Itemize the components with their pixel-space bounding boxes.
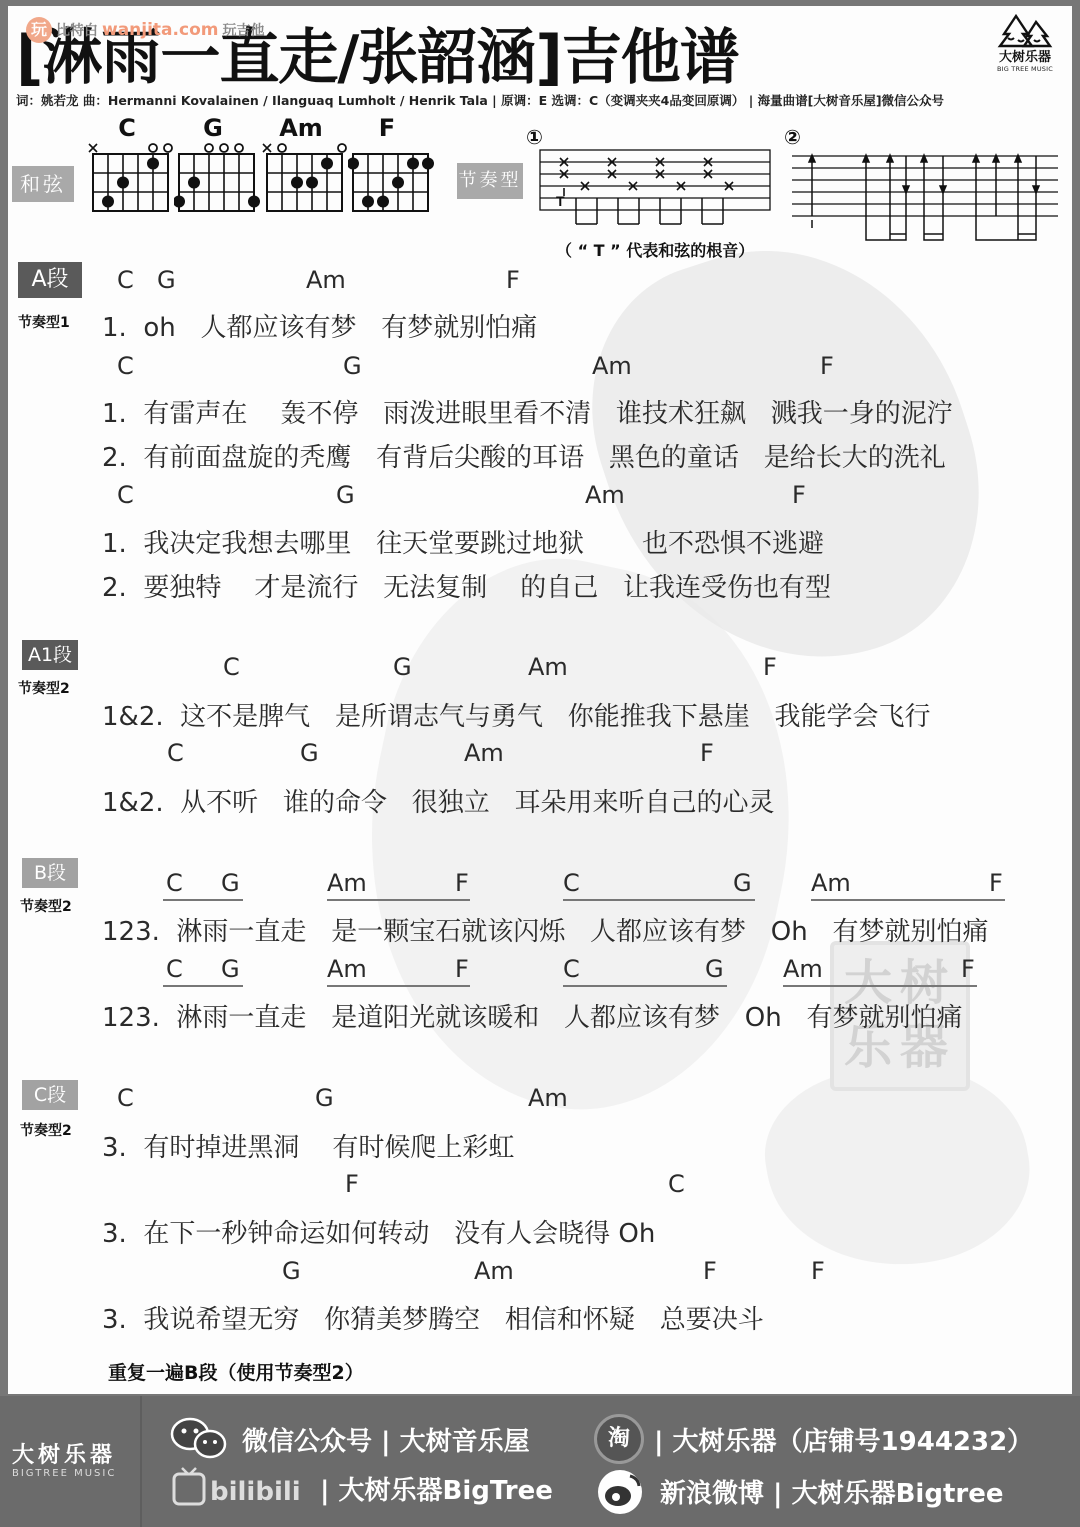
chord-label: Am — [327, 955, 367, 983]
chord-label: C — [117, 1084, 134, 1112]
brand-logo: 大树乐器 BIG TREE MUSIC — [992, 12, 1058, 73]
chord-diagram-g — [174, 140, 260, 224]
chord-label: C — [167, 739, 184, 767]
chord-label: F — [703, 1257, 717, 1285]
chord-label: F — [345, 1170, 359, 1198]
chord-name-f: F — [357, 114, 417, 142]
chord-label: C — [166, 869, 183, 897]
chord-diagram-am — [262, 140, 348, 224]
footer-wechat[interactable]: 微信公众号 | 大树音乐屋 — [168, 1414, 530, 1464]
footer-brand: 大树乐器 — [12, 1438, 116, 1469]
chord-label: G — [157, 266, 176, 294]
chord-label: C — [166, 955, 183, 983]
weibo-icon — [594, 1466, 650, 1516]
chord-name-g: G — [183, 114, 243, 142]
chord-label: Am — [811, 869, 851, 897]
lyric-line: 3. 在下一秒钟命运如何转动 没有人会晓得 Oh — [102, 1213, 655, 1250]
footer-wechat-text: 微信公众号 | 大树音乐屋 — [242, 1421, 530, 1458]
footer-bilibili[interactable]: bilibili | 大树乐器BigTree — [170, 1466, 553, 1510]
rhythm-pattern-1: T — [532, 146, 772, 246]
section-rhythm-type: 节奏型2 — [20, 1120, 72, 1140]
brand-name-en: BIG TREE MUSIC — [992, 65, 1058, 73]
chord-label: C — [563, 955, 580, 983]
footer-brand-en: BIGTREE MUSIC — [12, 1468, 116, 1479]
chord-label: G — [300, 739, 319, 767]
brand-name: 大树乐器 — [992, 50, 1058, 65]
chord-label: Am — [306, 266, 346, 294]
footer-weibo[interactable]: 新浪微博 | 大树乐器Bigtree — [594, 1466, 1003, 1516]
repeat-instruction: 重复一遍B段（使用节奏型2） — [108, 1358, 364, 1385]
taobao-icon: 淘 — [594, 1414, 644, 1464]
lyric-line: 1. 我决定我想去哪里 往天堂要跳过地狱 也不恐惧不逃避 — [102, 523, 824, 560]
lyric-line: 2. 要独特 才是流行 无法复制 的自己 让我连受伤也有型 — [102, 567, 831, 604]
chord-bar-underline — [563, 899, 755, 901]
chord-label: F — [961, 955, 975, 983]
lyric-line: 1. 有雷声在 轰不停 雨泼进眼里看不清 谁技术狂飙 溅我一身的泥泞 — [102, 393, 953, 430]
chord-label: C — [117, 481, 134, 509]
chord-diagram-f — [348, 140, 434, 224]
section-badge-0: A段 — [18, 262, 82, 298]
footer-bilibili-text: | 大树乐器BigTree — [320, 1470, 553, 1507]
chord-label: G — [393, 653, 412, 681]
lyric-line: 3. 我说希望无穷 你猜美梦腾空 相信和怀疑 总要决斗 — [102, 1299, 764, 1336]
chord-label: C — [563, 869, 580, 897]
lyric-line: 1&2. 从不听 谁的命令 很独立 耳朵用来听自己的心灵 — [102, 782, 775, 819]
footer-divider — [140, 1396, 142, 1527]
chord-label: F — [811, 1257, 825, 1285]
chord-label: Am — [585, 481, 625, 509]
chord-label: F — [455, 955, 469, 983]
chords-label: 和弦 — [12, 166, 74, 202]
chord-bar-underline — [327, 985, 470, 987]
chord-label: G — [221, 869, 240, 897]
chord-label: F — [792, 481, 806, 509]
chord-label: F — [820, 352, 834, 380]
chord-label: Am — [464, 739, 504, 767]
footer-bar: 大树乐器 BIGTREE MUSIC 微信公众号 | 大树音乐屋 淘 | 大树乐… — [0, 1396, 1080, 1527]
footer-taobao[interactable]: 淘 | 大树乐器（店铺号1944232） — [594, 1414, 1033, 1464]
chord-label: G — [733, 869, 752, 897]
chord-bar-underline — [163, 985, 243, 987]
chord-label: Am — [327, 869, 367, 897]
chord-label: Am — [783, 955, 823, 983]
chord-label: F — [989, 869, 1003, 897]
bilibili-icon: bilibili — [170, 1466, 310, 1510]
lyric-line: 1. oh 人都应该有梦 有梦就别怕痛 — [102, 307, 537, 344]
tree-logo-icon — [996, 12, 1054, 50]
section-badge-1: A1段 — [22, 640, 78, 670]
lyric-line: 123. 淋雨一直走 是一颗宝石就该闪烁 人都应该有梦 Oh 有梦就别怕痛 — [102, 911, 989, 948]
wechat-icon — [168, 1414, 232, 1464]
chord-label: C — [668, 1170, 685, 1198]
section-rhythm-type: 节奏型2 — [18, 678, 70, 698]
chord-bar-underline — [163, 899, 243, 901]
chord-label: Am — [592, 352, 632, 380]
chord-bar-underline — [563, 985, 727, 987]
chord-bar-underline — [783, 985, 977, 987]
footer-weibo-text: 新浪微博 | 大树乐器Bigtree — [660, 1473, 1003, 1510]
chord-label: G — [705, 955, 724, 983]
chord-label: G — [336, 481, 355, 509]
chord-label: Am — [474, 1257, 514, 1285]
chord-label: G — [343, 352, 362, 380]
rhythm-pattern-2 — [792, 146, 1058, 246]
chord-label: G — [282, 1257, 301, 1285]
chord-name-am: Am — [271, 114, 331, 142]
root-note-legend: （ “ T ” 代表和弦的根音） — [556, 238, 754, 261]
site-url[interactable]: wanjita.com — [102, 20, 218, 40]
chord-label: F — [700, 739, 714, 767]
svg-text:T: T — [556, 193, 565, 209]
footer-taobao-text: | 大树乐器（店铺号1944232） — [654, 1421, 1033, 1458]
wanjita-logo-icon: 玩 — [26, 17, 52, 43]
site-watermark: 玩 比特白 wanjita.com 玩吉他 — [26, 16, 264, 44]
site-suffix: 玩吉他 — [222, 20, 264, 40]
chord-diagram-c — [88, 140, 174, 224]
svg-text:bilibili: bilibili — [210, 1477, 301, 1507]
section-badge-2: B段 — [22, 858, 78, 888]
chord-label: G — [221, 955, 240, 983]
section-rhythm-type: 节奏型1 — [18, 312, 70, 332]
lyric-line: 1&2. 这不是脾气 是所谓志气与勇气 你能推我下悬崖 我能学会飞行 — [102, 696, 931, 733]
chord-bar-underline — [327, 899, 470, 901]
lyric-line: 123. 淋雨一直走 是道阳光就该暖和 人都应该有梦 Oh 有梦就别怕痛 — [102, 997, 963, 1034]
chord-bar-underline — [811, 899, 1005, 901]
site-prefix: 比特白 — [56, 20, 98, 40]
chord-label: Am — [528, 1084, 568, 1112]
rhythm-label: 节奏型 — [457, 163, 523, 199]
guitar-tab-sheet: 大树乐器 玩 比特白 wanjita.com 玩吉他 [淋雨一直走/张韶涵]吉他… — [8, 6, 1072, 1394]
chord-label: F — [455, 869, 469, 897]
chord-label: C — [117, 266, 134, 294]
chord-label: C — [223, 653, 240, 681]
chord-name-c: C — [97, 114, 157, 142]
chord-label: Am — [528, 653, 568, 681]
lyric-line: 3. 有时掉进黑洞 有时候爬上彩虹 — [102, 1127, 514, 1164]
section-badge-3: C段 — [22, 1080, 78, 1110]
lyric-line: 2. 有前面盘旋的秃鹰 有背后尖酸的耳语 黑色的童话 是给长大的洗礼 — [102, 437, 946, 474]
chord-label: C — [117, 352, 134, 380]
chord-label: F — [506, 266, 520, 294]
chord-label: G — [315, 1084, 334, 1112]
chord-label: F — [763, 653, 777, 681]
section-rhythm-type: 节奏型2 — [20, 896, 72, 916]
